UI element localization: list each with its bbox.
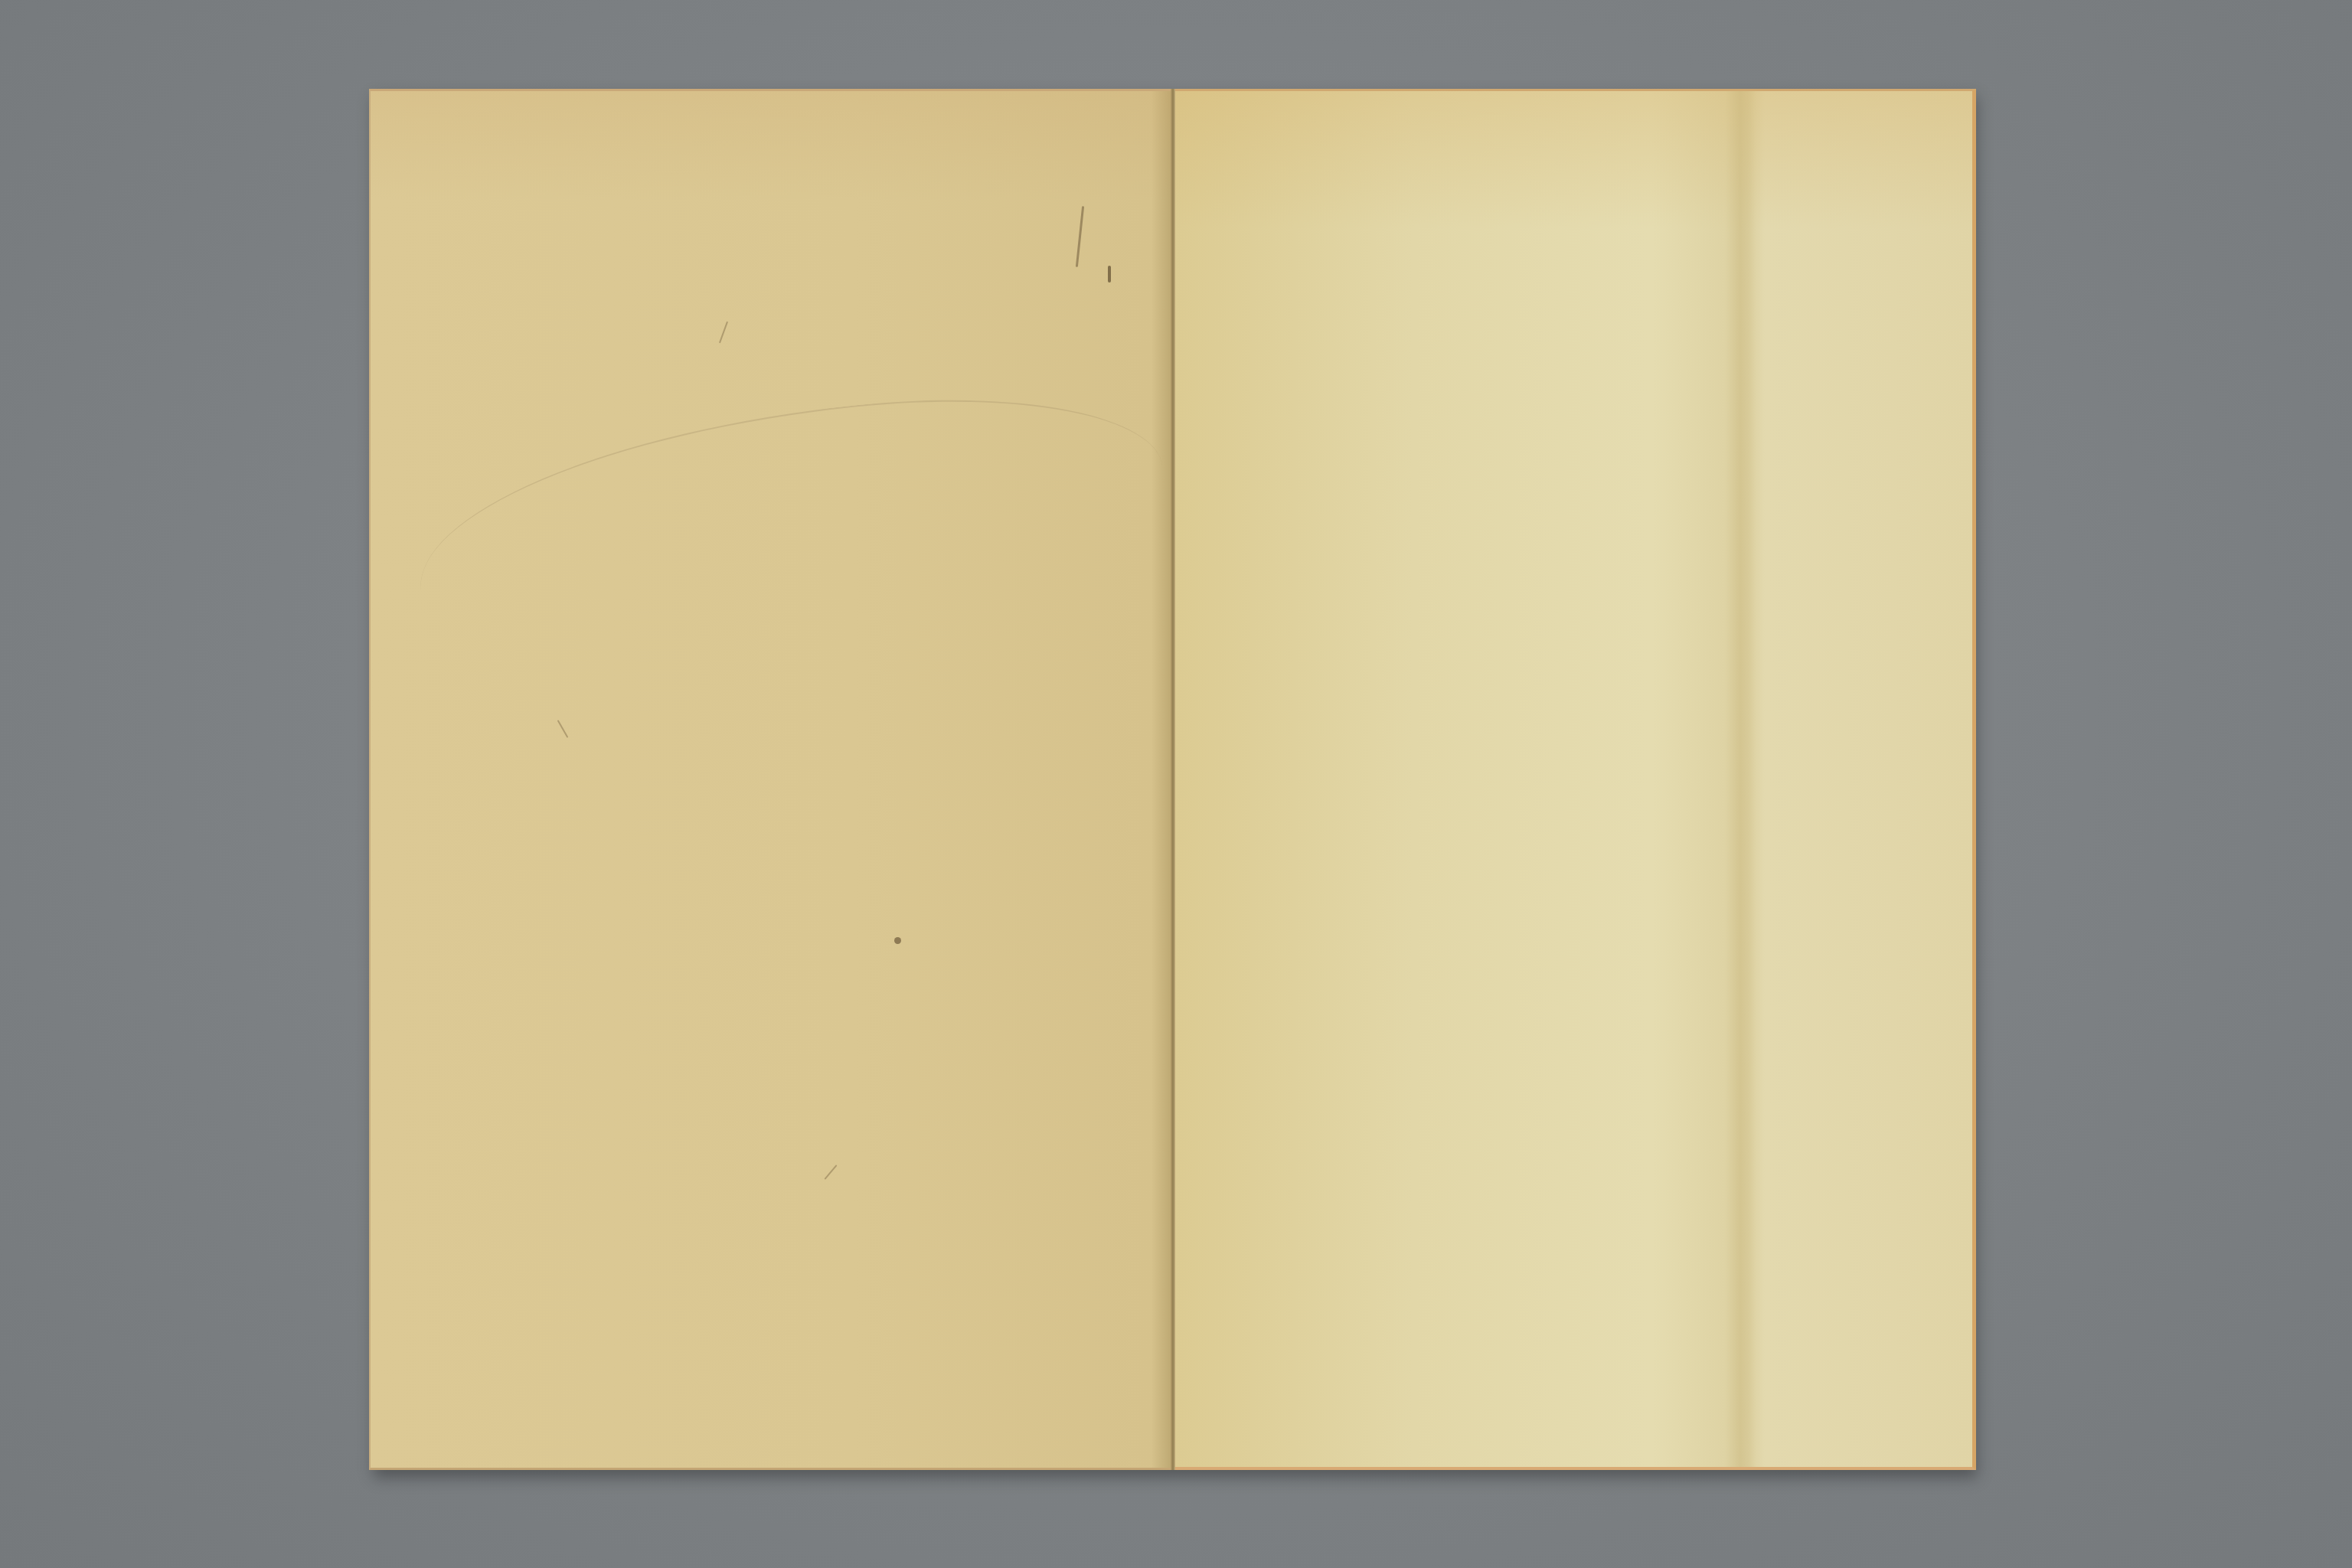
paper-tone-band: [1725, 91, 1756, 1467]
paper-spot: [894, 937, 901, 944]
paper-crease: [407, 374, 1177, 683]
left-page: [369, 89, 1175, 1470]
right-page: [1174, 89, 1976, 1470]
paper-fiber: [1108, 266, 1111, 283]
paper-fiber: [1076, 206, 1084, 267]
paper-fiber: [719, 322, 728, 344]
book-gutter: [1171, 89, 1175, 1470]
paper-fiber: [557, 720, 569, 738]
open-book: [369, 89, 1972, 1470]
paper-fiber: [825, 1165, 838, 1180]
